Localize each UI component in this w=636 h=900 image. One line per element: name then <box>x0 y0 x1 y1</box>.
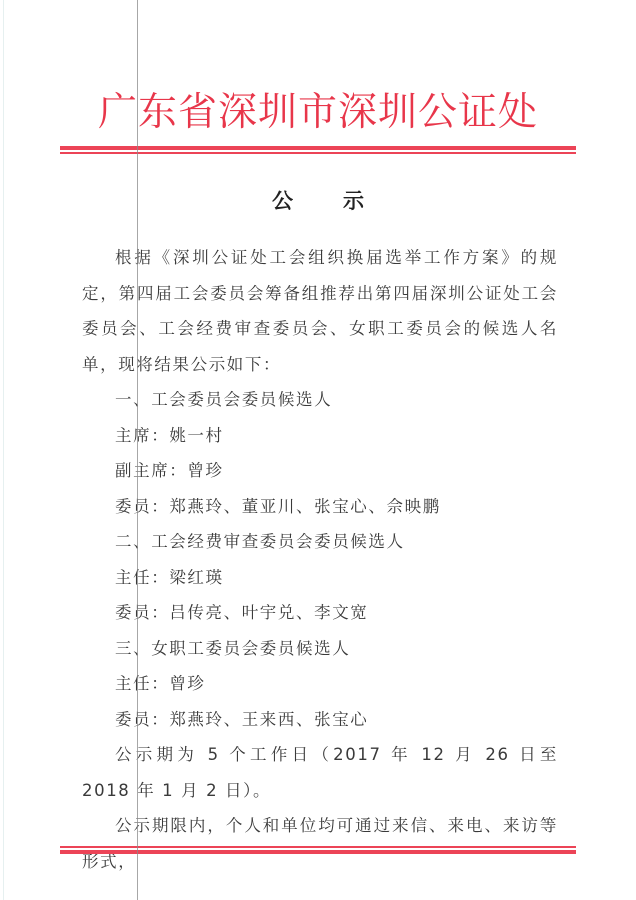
intro-paragraph: 根据《深圳公证处工会组织换届选举工作方案》的规定，第四届工会委员会筹备组推荐出第… <box>82 240 558 382</box>
masthead-organization-name: 广东省深圳市深圳公证处 <box>0 88 636 138</box>
role-label: 副主席： <box>115 461 187 480</box>
role-label: 主任： <box>115 674 169 693</box>
role-names: 姚一村 <box>169 426 223 445</box>
role-line: 委员：吕传亮、叶宇兑、李文宽 <box>82 595 558 631</box>
publicity-period-paragraph: 公示期为 5 个工作日（2017 年 12 月 26 日至 2018 年 1 月… <box>82 737 558 808</box>
role-line: 主席：姚一村 <box>82 418 558 454</box>
role-names: 郑燕玲、王来西、张宝心 <box>169 710 368 729</box>
role-line: 委员：郑燕玲、王来西、张宝心 <box>82 702 558 738</box>
role-names: 曾珍 <box>169 674 205 693</box>
role-label: 主任： <box>115 568 169 587</box>
role-names: 吕传亮、叶宇兑、李文宽 <box>169 603 368 622</box>
role-names: 曾珍 <box>187 461 223 480</box>
section-heading: 三、女职工委员会委员候选人 <box>82 631 558 667</box>
document-body: 根据《深圳公证处工会组织换届选举工作方案》的规定，第四届工会委员会筹备组推荐出第… <box>82 240 558 879</box>
role-label: 委员： <box>115 710 169 729</box>
role-line: 副主席：曾珍 <box>82 453 558 489</box>
role-label: 委员： <box>115 497 169 516</box>
role-label: 委员： <box>115 603 169 622</box>
section-heading: 一、工会委员会委员候选人 <box>82 382 558 418</box>
role-line: 委员：郑燕玲、董亚川、张宝心、佘映鹏 <box>82 489 558 525</box>
role-names: 梁红瑛 <box>169 568 223 587</box>
role-names: 郑燕玲、董亚川、张宝心、佘映鹏 <box>169 497 441 516</box>
closing-paragraph: 公示期限内，个人和单位均可通过来信、来电、来访等形式， <box>82 808 558 879</box>
section-heading: 二、工会经费审查委员会委员候选人 <box>82 524 558 560</box>
role-label: 主席： <box>115 426 169 445</box>
role-line: 主任：梁红瑛 <box>82 560 558 596</box>
role-line: 主任：曾珍 <box>82 666 558 702</box>
scan-vertical-artifact <box>137 0 138 900</box>
notice-title: 公示 <box>0 185 636 215</box>
